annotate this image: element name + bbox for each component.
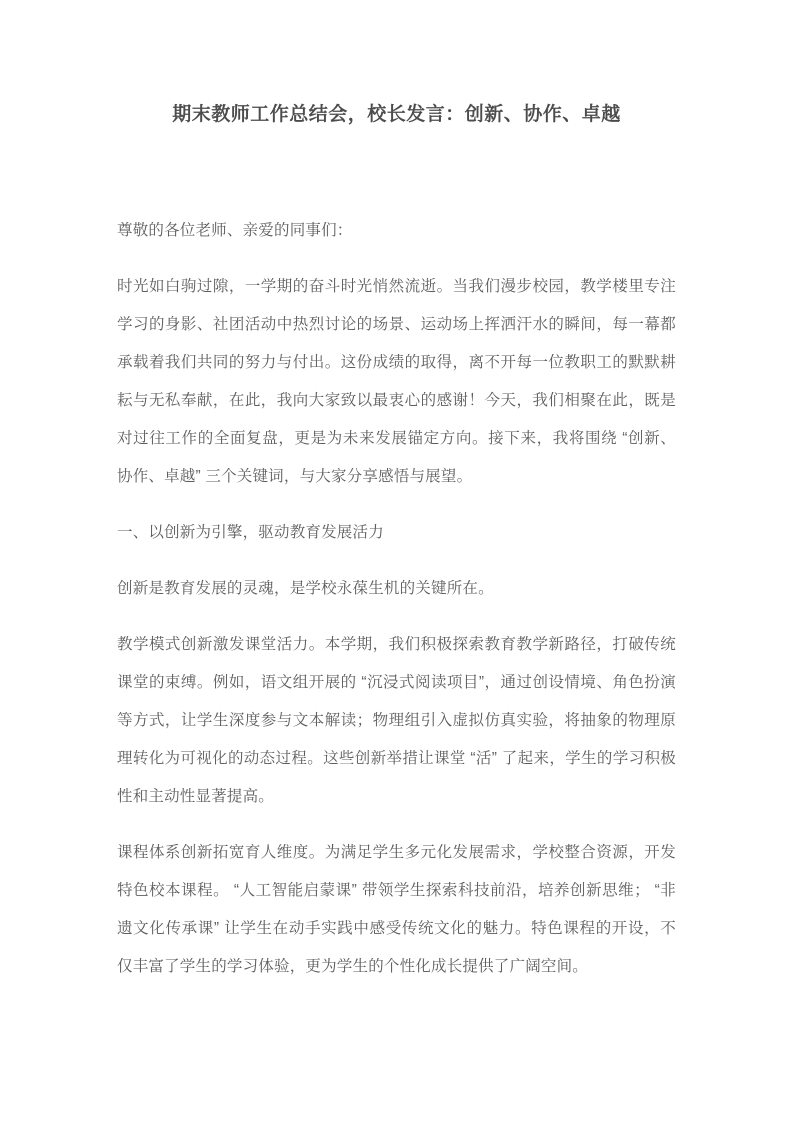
- paragraph-section-heading: 一、以创新为引擎，驱动教育发展活力: [117, 514, 676, 552]
- paragraph-teaching-model: 教学模式创新激发课堂活力。本学期，我们积极探索教育教学新路径，打破传统课堂的束缚…: [117, 626, 676, 816]
- paragraph-intro: 时光如白驹过隙，一学期的奋斗时光悄然流逝。当我们漫步校园，教学楼里专注学习的身影…: [117, 268, 676, 496]
- paragraph-greeting: 尊敬的各位老师、亲爱的同事们：: [117, 212, 676, 250]
- paragraph-curriculum: 课程体系创新拓宽育人维度。为满足学生多元化发展需求，学校整合资源，开发特色校本课…: [117, 834, 676, 986]
- document-body: 尊敬的各位老师、亲爱的同事们： 时光如白驹过隙，一学期的奋斗时光悄然流逝。当我们…: [117, 212, 676, 986]
- paragraph-innovation-lead: 创新是教育发展的灵魂，是学校永葆生机的关键所在。: [117, 570, 676, 608]
- document-title: 期末教师工作总结会，校长发言：创新、协作、卓越: [117, 100, 676, 130]
- document-page: 期末教师工作总结会，校长发言：创新、协作、卓越 尊敬的各位老师、亲爱的同事们： …: [0, 0, 793, 1122]
